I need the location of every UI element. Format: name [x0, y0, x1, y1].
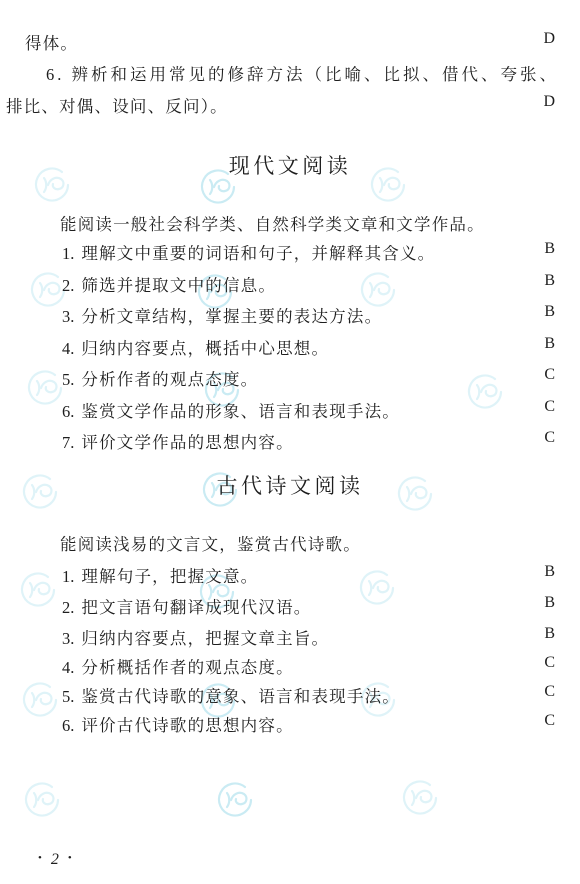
grade-level: C — [544, 654, 555, 672]
grade-level: C — [544, 429, 555, 447]
grade-level: B — [544, 240, 555, 258]
requirement-item: 3.分析文章结构，掌握主要的表达方法。 B — [62, 303, 564, 329]
requirement-item: 5.鉴赏古代诗歌的意象、语言和表现手法。 C — [62, 683, 564, 709]
watermark-icon — [18, 570, 58, 610]
requirement-item: 2.筛选并提取文中的信息。 B — [62, 272, 564, 298]
item-text: 评价文学作品的思想内容。 — [81, 433, 293, 452]
item-number: 7. — [62, 433, 74, 453]
grade-level: C — [544, 398, 555, 416]
scanned-syllabus-page: 得体。 D 6. 辨析和运用常见的修辞方法（比喻、比拟、借代、夸张、 排比、对偶… — [0, 0, 580, 884]
requirement-item: 3.归纳内容要点，把握文章主旨。 B — [62, 625, 564, 651]
section-intro: 能阅读一般社会科学类、自然科学类文章和文学作品。 — [60, 211, 485, 235]
item-text: 分析概括作者的观点态度。 — [81, 658, 293, 677]
grade-level: B — [544, 272, 555, 290]
watermark-icon — [215, 780, 255, 820]
requirement-item: 5.分析作者的观点态度。 C — [62, 366, 564, 392]
watermark-icon — [22, 780, 62, 820]
item-text: 把文言语句翻译成现代汉语。 — [81, 598, 311, 617]
watermark-icon — [25, 368, 65, 408]
item-number: 6. — [62, 402, 74, 422]
grade-level: D — [543, 30, 555, 48]
grade-level: B — [544, 594, 555, 612]
grade-level: C — [544, 683, 555, 701]
item-number: 3. — [62, 629, 74, 649]
requirement-item: 4.分析概括作者的观点态度。 C — [62, 654, 564, 680]
grade-level: D — [543, 93, 555, 111]
page-number-dot: • — [68, 852, 72, 864]
page-number-value: 2 — [51, 851, 59, 868]
item-number: 1. — [62, 567, 74, 587]
item-text: 分析作者的观点态度。 — [81, 370, 258, 389]
section-heading-ancient-reading: 古代诗文阅读 — [0, 470, 580, 500]
item6-line2: 排比、对偶、设问、反问）。 D — [0, 93, 564, 119]
item-number: 3. — [62, 307, 74, 327]
item6-line1-text: 6. 辨析和运用常见的修辞方法（比喻、比拟、借代、夸张、 — [0, 61, 559, 85]
grade-level: B — [544, 563, 555, 581]
grade-level: C — [544, 366, 555, 384]
requirement-item: 6.鉴赏文学作品的形象、语言和表现手法。 C — [62, 398, 564, 424]
requirement-item: 1.理解文中重要的词语和句子，并解释其含义。 B — [62, 240, 564, 266]
requirement-item: 1.理解句子，把握文意。 B — [62, 563, 564, 589]
item-number: 5. — [62, 370, 74, 390]
item-text: 评价古代诗歌的思想内容。 — [81, 716, 293, 735]
item-number: 2. — [62, 276, 74, 296]
grade-level: B — [544, 303, 555, 321]
grade-level: C — [544, 712, 555, 730]
watermark-icon — [20, 680, 60, 720]
item-text: 鉴赏文学作品的形象、语言和表现手法。 — [81, 402, 400, 421]
item6-line1: 6. 辨析和运用常见的修辞方法（比喻、比拟、借代、夸张、 — [0, 61, 564, 87]
item-text: 理解句子，把握文意。 — [81, 567, 258, 586]
item-number: 4. — [62, 658, 74, 678]
item-text: 归纳内容要点，把握文章主旨。 — [81, 629, 329, 648]
requirement-item: 6.评价古代诗歌的思想内容。 C — [62, 712, 564, 738]
item-text: 筛选并提取文中的信息。 — [81, 276, 276, 295]
watermark-icon — [400, 778, 440, 818]
carryover-line: 得体。 D — [0, 30, 564, 56]
item6-line2-text: 排比、对偶、设问、反问）。 — [0, 93, 228, 117]
requirement-item: 4.归纳内容要点，概括中心思想。 B — [62, 335, 564, 361]
item-text: 鉴赏古代诗歌的意象、语言和表现手法。 — [81, 687, 400, 706]
section-heading-modern-reading: 现代文阅读 — [0, 150, 580, 180]
section-intro: 能阅读浅易的文言文，鉴赏古代诗歌。 — [60, 531, 361, 555]
item-number: 6. — [62, 716, 74, 736]
item-number: 2. — [62, 598, 74, 618]
page-number: •2• — [38, 851, 72, 869]
item-text: 理解文中重要的词语和句子，并解释其含义。 — [81, 244, 435, 263]
carryover-text: 得体。 — [0, 30, 78, 54]
item-number: 5. — [62, 687, 74, 707]
item-text: 归纳内容要点，概括中心思想。 — [81, 339, 329, 358]
requirement-item: 7.评价文学作品的思想内容。 C — [62, 429, 564, 455]
grade-level: B — [544, 335, 555, 353]
requirement-item: 2.把文言语句翻译成现代汉语。 B — [62, 594, 564, 620]
item-number: 1. — [62, 244, 74, 264]
item-text: 分析文章结构，掌握主要的表达方法。 — [81, 307, 382, 326]
page-number-dot: • — [38, 852, 42, 864]
grade-level: B — [544, 625, 555, 643]
item-number: 4. — [62, 339, 74, 359]
